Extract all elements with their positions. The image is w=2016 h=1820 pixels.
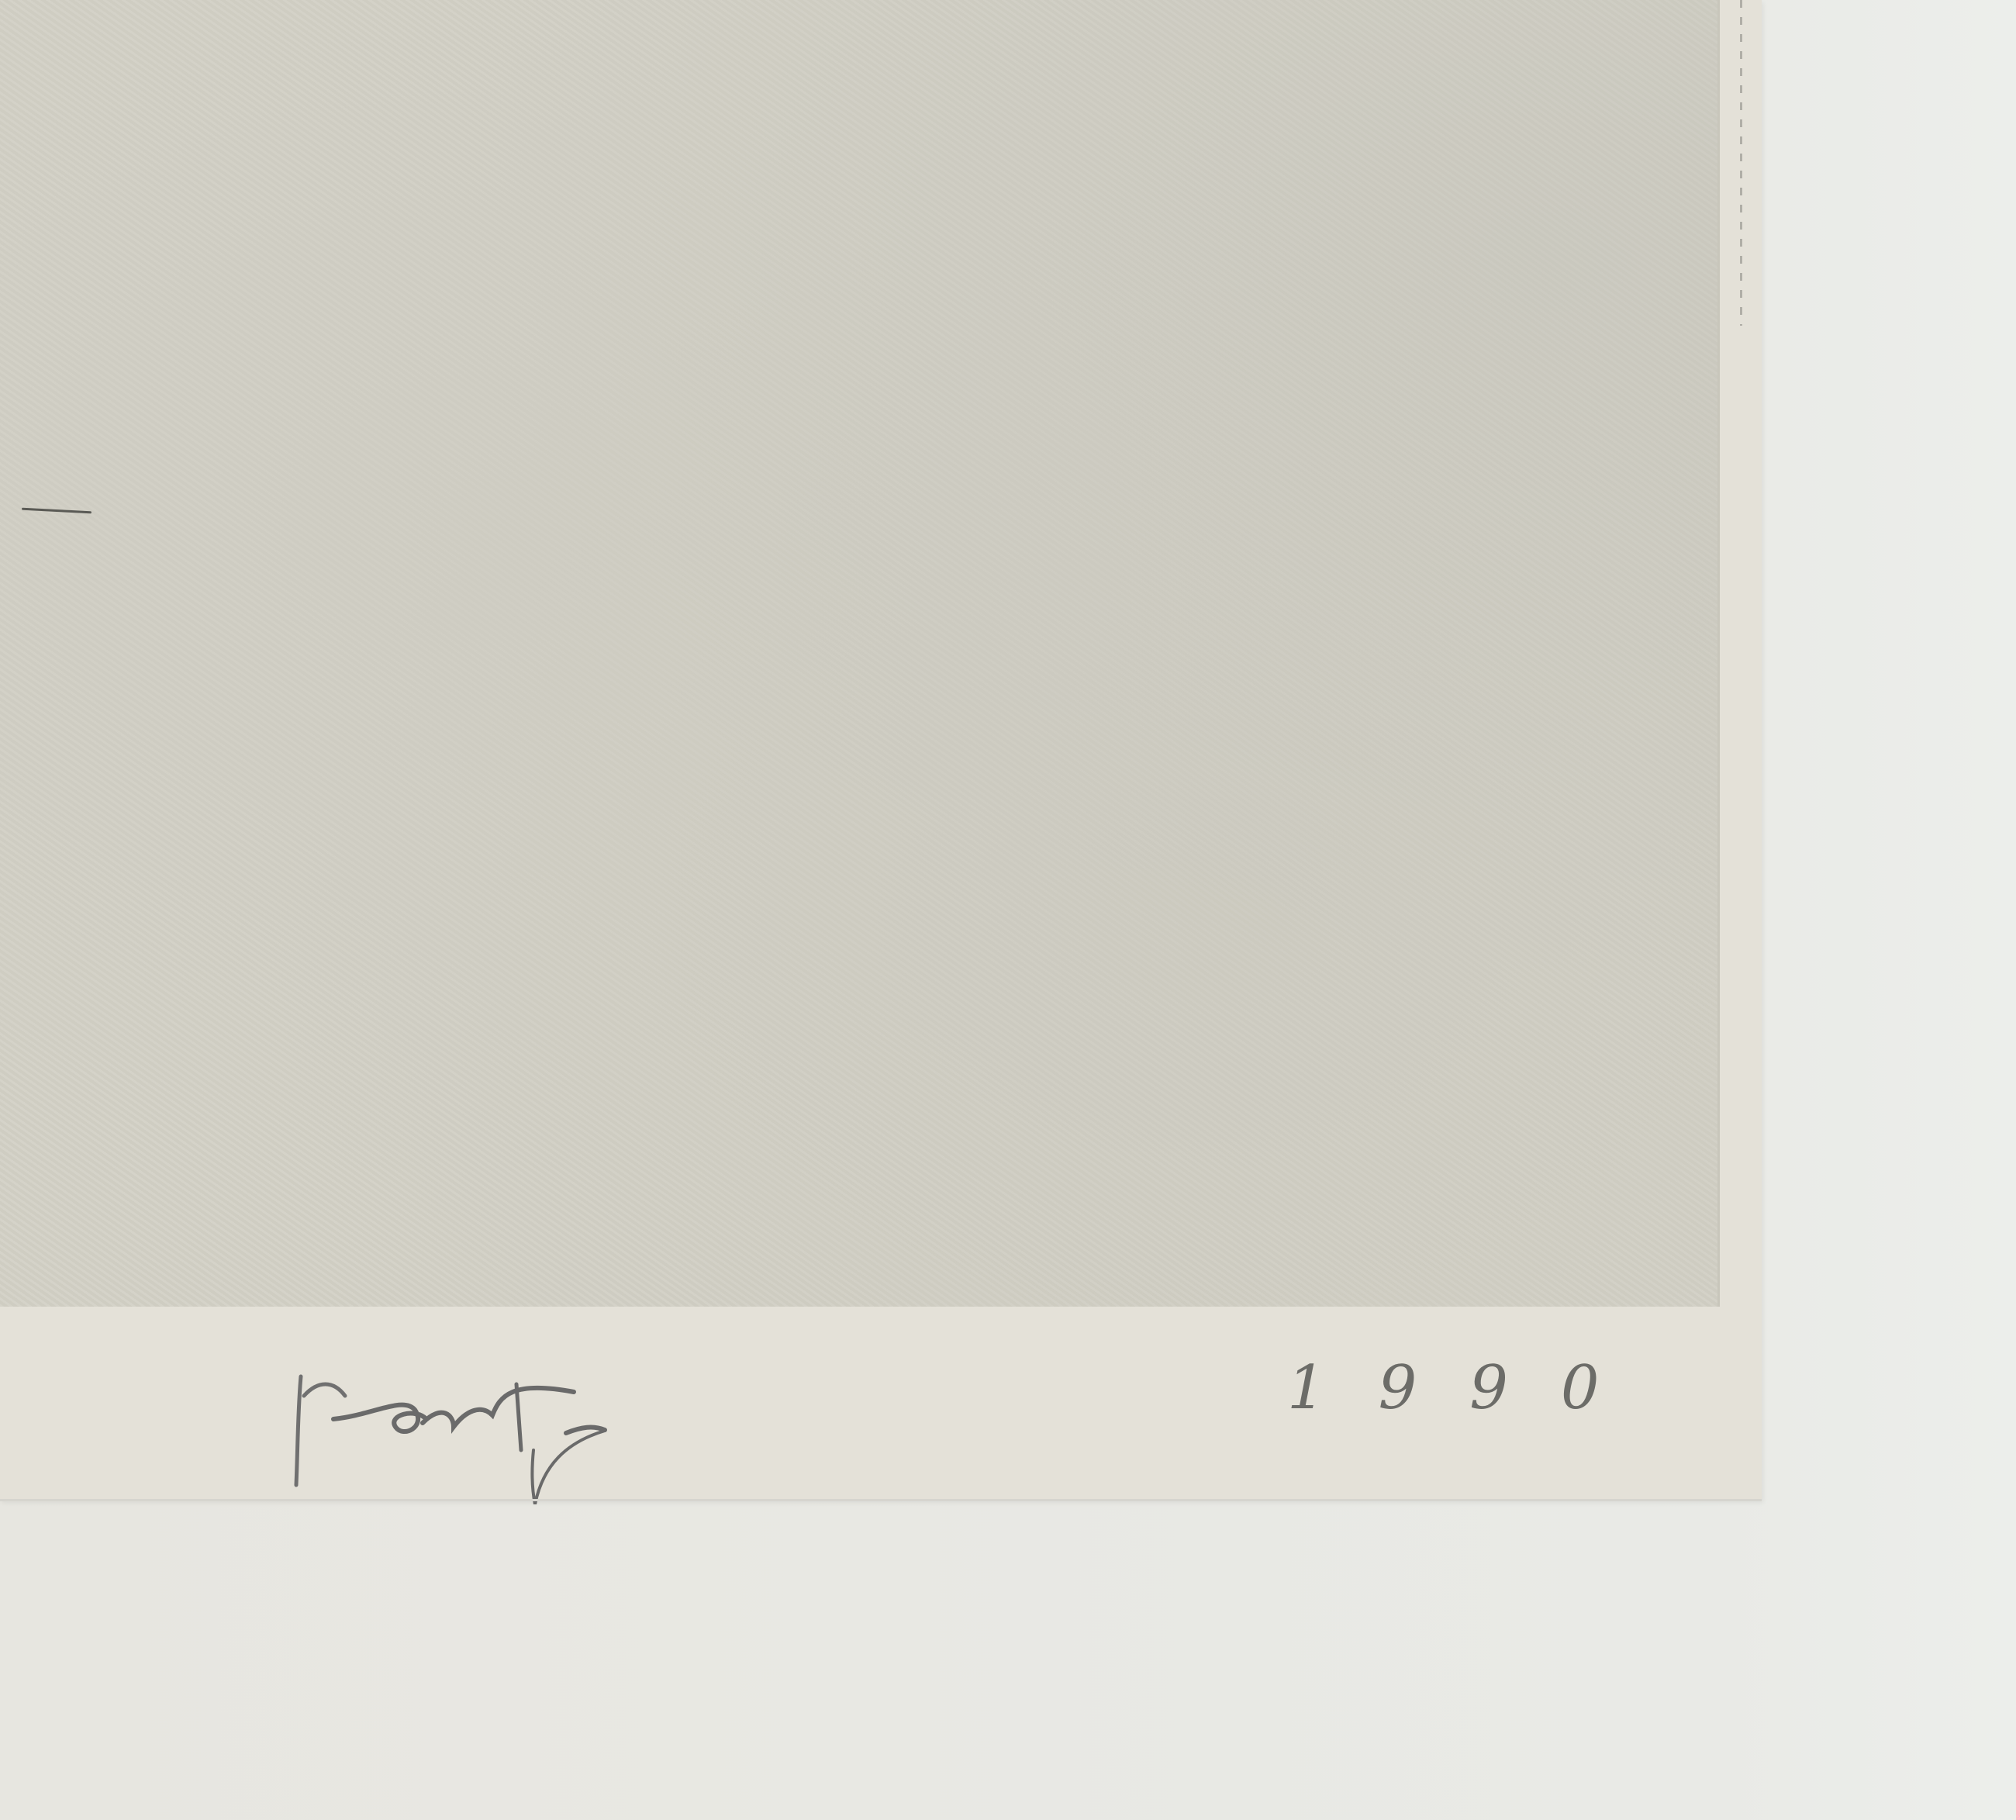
paper-bottom-edge xyxy=(0,1499,1762,1501)
signature-year: 1990 xyxy=(1287,1353,1652,1423)
pencil-signature: Moulty xyxy=(287,1349,1295,1504)
plate-edge-mark xyxy=(1740,0,1742,326)
signature-stroke-icon xyxy=(287,1349,1295,1504)
printed-plate-area xyxy=(0,0,1720,1307)
frame-mat: Moulty 1990 xyxy=(0,0,2016,1820)
paper-sheet: Moulty 1990 xyxy=(0,0,1762,1501)
